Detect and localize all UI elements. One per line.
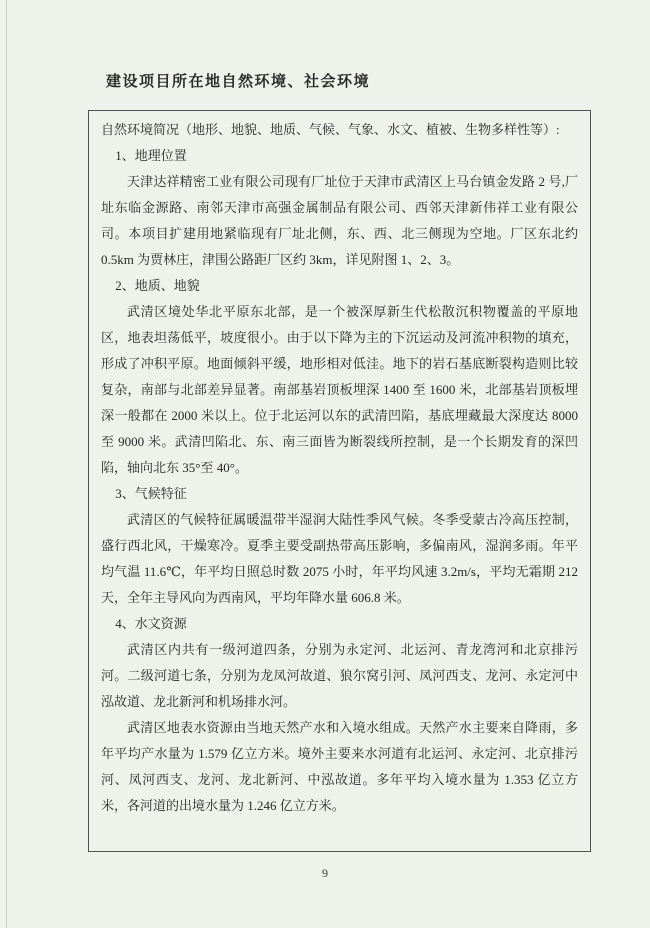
page-number: 9 [0, 866, 650, 881]
page-title: 建设项目所在地自然环境、社会环境 [106, 70, 370, 91]
section-heading-geography: 1、地理位置 [101, 143, 578, 169]
paragraph-geology: 武清区境处华北平原东北部，是一个被深厚新生代松散沉积物覆盖的平原地区，地表坦荡低… [101, 299, 578, 481]
paragraph-hydrology-rivers: 武清区内共有一级河道四条，分别为永定河、北运河、青龙湾河和北京排污河。二级河道七… [101, 637, 578, 715]
section-heading-hydrology: 4、水文资源 [101, 611, 578, 637]
content-box: 自然环境简况（地形、地貌、地质、气候、气象、水文、植被、生物多样性等）: 1、地… [88, 110, 591, 852]
section-heading-climate: 3、气候特征 [101, 481, 578, 507]
paragraph-climate: 武清区的气候特征属暖温带半湿润大陆性季风气候。冬季受蒙古冷高压控制，盛行西北风，… [101, 507, 578, 611]
box-heading: 自然环境简况（地形、地貌、地质、气候、气象、水文、植被、生物多样性等）: [101, 117, 578, 143]
paragraph-geography: 天津达祥精密工业有限公司现有厂址位于天津市武清区上马台镇金发路 2 号,厂址东临… [101, 169, 578, 273]
paragraph-hydrology-water-volume: 武清区地表水资源由当地天然产水和入境水组成。天然产水主要来自降雨，多年平均产水量… [101, 715, 578, 819]
document-page: 建设项目所在地自然环境、社会环境 自然环境简况（地形、地貌、地质、气候、气象、水… [0, 0, 650, 928]
scan-edge-line [6, 0, 7, 928]
section-heading-geology: 2、地质、地貌 [101, 273, 578, 299]
